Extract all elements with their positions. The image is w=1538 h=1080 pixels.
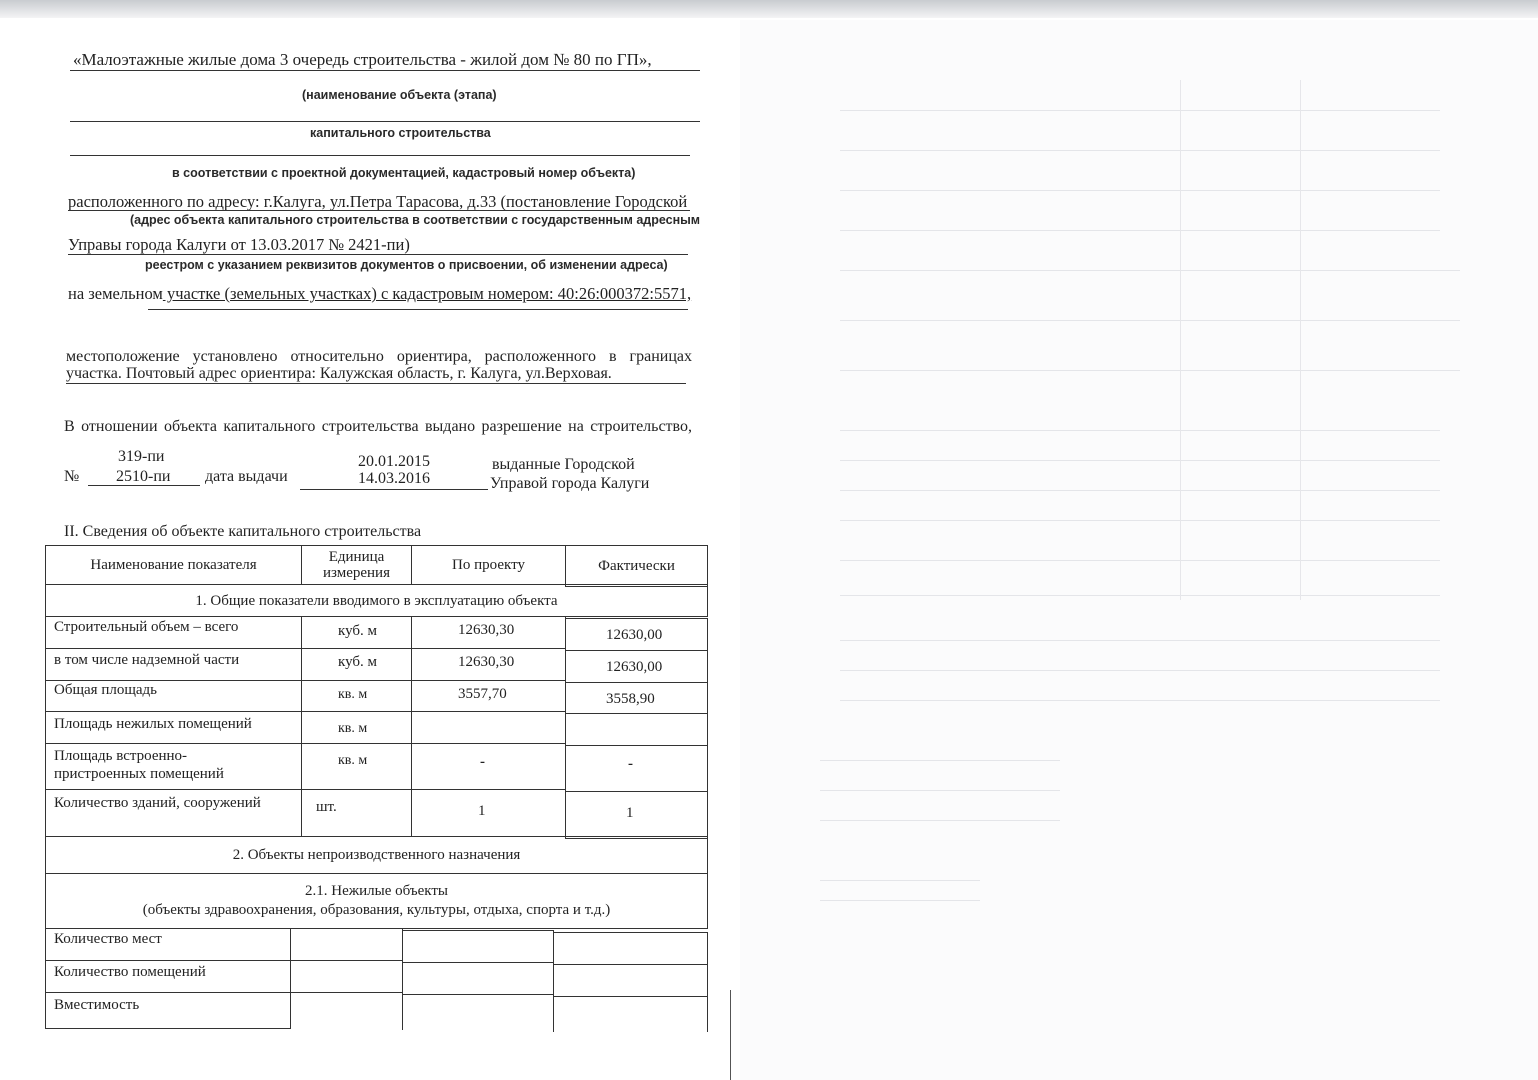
row-actual: 12630,00 <box>565 618 708 651</box>
issue-date-2: 14.03.2016 <box>358 470 430 488</box>
row-unit: кв. м <box>301 743 412 790</box>
caption-address-1: (адрес объекта капитального строительств… <box>130 213 700 227</box>
caption-address-2: реестром с указанием реквизитов документ… <box>145 258 668 272</box>
land-prefix: на земельном <box>68 284 163 303</box>
issuer-line-2: Управой города Калуги <box>490 475 649 493</box>
row-actual: - <box>565 745 708 792</box>
row-unit <box>290 960 403 993</box>
issuer-line-1: выданные Городской <box>492 456 635 474</box>
faded-right-page <box>740 20 1538 1080</box>
row-actual <box>565 713 708 746</box>
group-1-header: 1. Общие показатели вводимого в эксплуат… <box>45 584 708 617</box>
scan-top-edge <box>0 0 1538 18</box>
row-unit: кв. м <box>301 711 412 744</box>
issue-date-1: 20.01.2015 <box>358 453 430 471</box>
address-line-1: расположенного по адресу: г.Калуга, ул.П… <box>68 192 687 212</box>
row-unit: куб. м <box>301 648 412 681</box>
group-2-1-header: 2.1. Нежилые объекты (объекты здравоохра… <box>45 873 708 929</box>
row-project <box>411 711 566 744</box>
section-title: II. Сведения об объекте капитального стр… <box>64 523 421 541</box>
col-header-unit: Единица измерения <box>301 545 412 585</box>
row-unit <box>290 928 403 961</box>
number-sign: № <box>64 468 79 486</box>
col-header-actual: Фактически <box>565 545 708 587</box>
col-header-name: Наименование показателя <box>45 545 302 585</box>
object-name: «Малоэтажные жилые дома 3 очередь строит… <box>73 50 652 70</box>
row-project: - <box>411 743 566 790</box>
permit-number-1: 319-пи <box>118 448 164 466</box>
permit-intro: В отношении объекта капитального строите… <box>64 418 692 436</box>
row-name-line-2: пристроенных помещений <box>54 765 293 783</box>
land-plot-line: на земельном участке (земельных участках… <box>68 284 691 304</box>
page-fold <box>730 990 731 1080</box>
row-project: 12630,30 <box>411 648 566 681</box>
group-2-1-subtitle: (объекты здравоохранения, образования, к… <box>143 901 611 920</box>
row-name: Площадь встроенно-пристроенных помещений <box>45 743 302 790</box>
row-actual: 1 <box>565 791 708 839</box>
row-name-line-1: Площадь встроенно- <box>54 747 293 765</box>
permit-number-2: 2510-пи <box>116 468 170 486</box>
row-name: Вместимость <box>45 992 291 1029</box>
row-name: Площадь нежилых помещений <box>45 711 302 744</box>
group-2-header: 2. Объекты непроизводственного назначени… <box>45 836 708 874</box>
row-project: 3557,70 <box>411 680 566 712</box>
row-name: Строительный объем – всего <box>45 616 302 649</box>
row-unit: шт. <box>301 789 412 837</box>
row-actual <box>553 964 708 997</box>
row-project: 12630,30 <box>411 616 566 649</box>
row-actual <box>553 932 708 965</box>
row-name: в том числе надземной части <box>45 648 302 681</box>
row-name: Общая площадь <box>45 680 302 712</box>
row-name: Количество мест <box>45 928 291 961</box>
row-name: Количество помещений <box>45 960 291 993</box>
caption-project: в соответствии с проектной документацией… <box>172 166 635 180</box>
issue-date-label: дата выдачи <box>205 468 288 486</box>
group-2-1-title: 2.1. Нежилые объекты <box>305 882 448 901</box>
row-project: 1 <box>411 789 566 837</box>
location-line-2: участка. Почтовый адрес ориентира: Калуж… <box>66 365 612 383</box>
col-header-unit-text: Единица измерения <box>322 549 392 581</box>
col-header-project: По проекту <box>411 545 566 585</box>
land-cadastral: участке (земельных участках) с кадастров… <box>163 284 691 303</box>
row-unit: кв. м <box>301 680 412 712</box>
location-line-1: местоположение установлено относительно … <box>66 348 692 366</box>
row-unit: куб. м <box>301 616 412 649</box>
caption-object-name: (наименование объекта (этапа) <box>302 88 497 102</box>
address-line-2: Управы города Калуги от 13.03.2017 № 242… <box>68 235 410 255</box>
caption-capital: капитального строительства <box>310 126 491 140</box>
row-project <box>402 930 554 963</box>
row-project <box>402 962 554 995</box>
row-name: Количество зданий, сооружений <box>45 789 302 837</box>
row-actual: 12630,00 <box>565 650 708 683</box>
row-actual: 3558,90 <box>565 682 708 714</box>
